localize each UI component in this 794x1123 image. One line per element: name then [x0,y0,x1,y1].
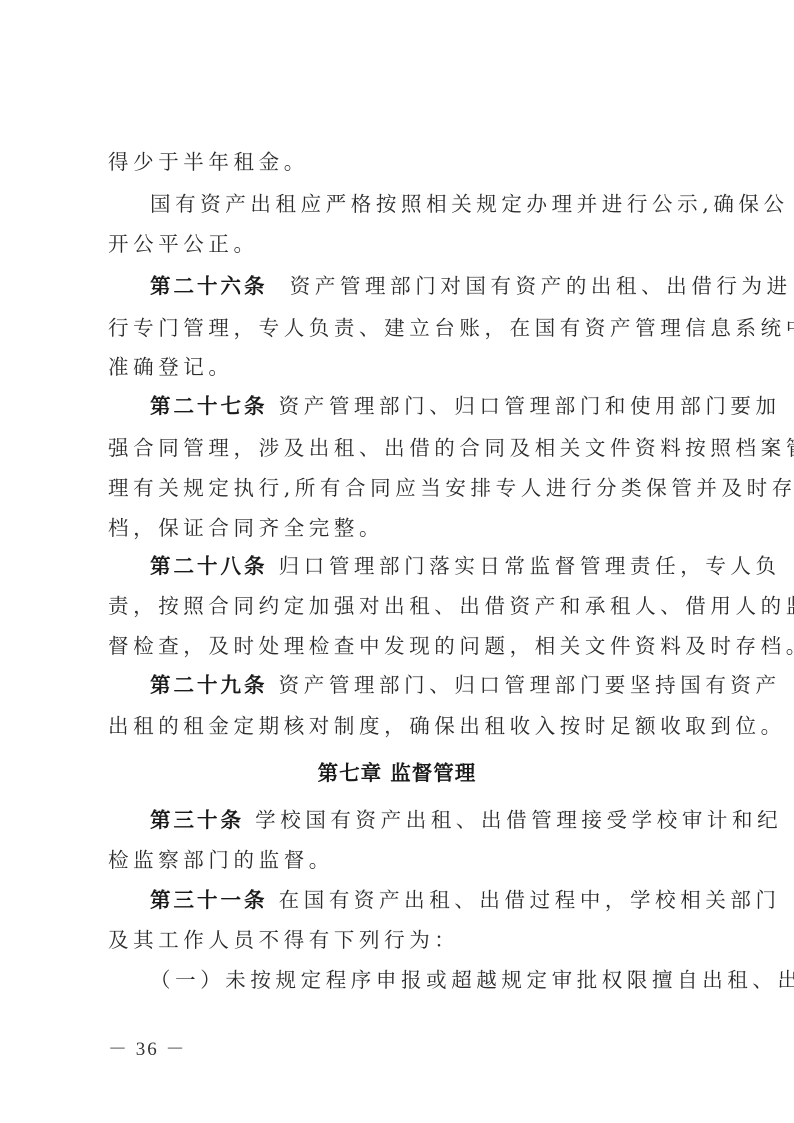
text-line: 得少于半年租金。 [108,147,692,177]
article-number: 第二十九条 [150,673,268,697]
article-27-line: 第二十七条 资产管理部门、归口管理部门和使用部门要加 [150,391,692,421]
article-31-line: 第三十一条 在国有资产出租、出借过程中，学校相关部门 [150,885,692,915]
text-line: 档，保证合同齐全完整。 [108,513,692,543]
text-line: 开公平公正。 [108,229,692,259]
article-26-line: 第二十六条 资产管理部门对国有资产的出租、出借行为进 [150,271,692,301]
chapter-heading: 第七章 监督管理 [0,758,794,788]
article-28-line: 第二十八条 归口管理部门落实日常监督管理责任，专人负 [150,551,692,581]
text-line: 及其工作人员不得有下列行为： [108,925,692,955]
article-number: 第二十六条 [150,274,268,298]
text-line: 国有资产出租应严格按照相关规定办理并进行公示,确保公 [150,189,692,219]
article-number: 第三十一条 [150,888,268,912]
page-number: － 36 － [108,1034,187,1061]
article-number: 第二十八条 [150,554,268,578]
document-page: 得少于半年租金。 国有资产出租应严格按照相关规定办理并进行公示,确保公 开公平公… [0,0,794,1123]
article-number: 第二十七条 [150,394,268,418]
text-line: 强合同管理，涉及出租、出借的合同及相关文件资料按照档案管 [108,433,692,463]
text-line: 责，按照合同约定加强对出租、出借资产和承租人、借用人的监 [108,591,692,621]
text-line: 检监察部门的监督。 [108,845,692,875]
list-item: （一）未按规定程序申报或超越规定审批权限擅自出租、出 [150,965,692,995]
text-line: 理有关规定执行,所有合同应当安排专人进行分类保管并及时存 [108,473,692,503]
article-30-line: 第三十条 学校国有资产出租、出借管理接受学校审计和纪 [150,805,692,835]
article-29-line: 第二十九条 资产管理部门、归口管理部门要坚持国有资产 [150,670,692,700]
article-number: 第三十条 [150,808,244,832]
text-line: 督检查，及时处理检查中发现的问题，相关文件资料及时存档。 [108,631,692,661]
text-line: 行专门管理，专人负责、建立台账，在国有资产管理信息系统中 [108,313,692,343]
text-line: 出租的租金定期核对制度，确保出租收入按时足额收取到位。 [108,711,692,741]
text-line: 准确登记。 [108,352,692,382]
